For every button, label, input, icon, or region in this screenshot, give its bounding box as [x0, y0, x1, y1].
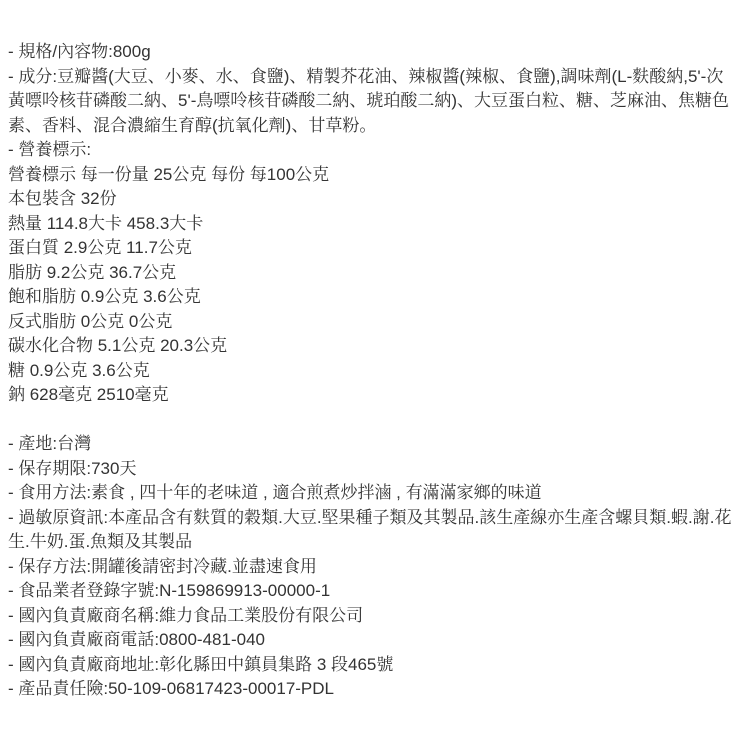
nutrition-row-fat: 脂肪 9.2公克 36.7公克 — [8, 261, 740, 286]
detail-vendor-address: - 國內負責廠商地址:彰化縣田中鎮員集路 3 段465號 — [8, 653, 740, 678]
detail-shelf-life: - 保存期限:730天 — [8, 457, 740, 482]
nutrition-row-trans-fat: 反式脂肪 0公克 0公克 — [8, 310, 740, 335]
nutrition-row-calories: 熱量 114.8大卡 458.3大卡 — [8, 212, 740, 237]
ingredients-line: - 成分:豆瓣醬(大豆、小麥、水、食鹽)、精製芥花油、辣椒醬(辣椒、食鹽),調味… — [8, 65, 740, 139]
nutrition-row-carbohydrate: 碳水化合物 5.1公克 20.3公克 — [8, 334, 740, 359]
nutrition-row-sugar: 糖 0.9公克 3.6公克 — [8, 359, 740, 384]
detail-storage: - 保存方法:開罐後請密封冷藏.並盡速食用 — [8, 555, 740, 580]
detail-vendor-name: - 國內負責廠商名稱:維力食品工業股份有限公司 — [8, 604, 740, 629]
spec-line: - 規格/內容物:800g — [8, 40, 740, 65]
nutrition-row-saturated-fat: 飽和脂肪 0.9公克 3.6公克 — [8, 285, 740, 310]
section-gap — [8, 408, 740, 433]
nutrition-row-serving: 營養標示 每一份量 25公克 每份 每100公克 — [8, 163, 740, 188]
detail-vendor-phone: - 國內負責廠商電話:0800-481-040 — [8, 628, 740, 653]
detail-allergen-info: - 過敏原資訊:本產品含有麩質的穀類.大豆.堅果種子類及其製品.該生產線亦生產含… — [8, 506, 740, 555]
detail-usage: - 食用方法:素食 , 四十年的老味道 , 適合煎煮炒拌滷 , 有滿滿家鄉的味道 — [8, 481, 740, 506]
nutrition-row-servings-per-pack: 本包裝含 32份 — [8, 187, 740, 212]
nutrition-row-protein: 蛋白質 2.9公克 11.7公克 — [8, 236, 740, 261]
detail-origin: - 產地:台灣 — [8, 432, 740, 457]
detail-registration-number: - 食品業者登錄字號:N-159869913-00000-1 — [8, 579, 740, 604]
nutrition-row-sodium: 鈉 628毫克 2510毫克 — [8, 383, 740, 408]
nutrition-heading: - 營養標示: — [8, 138, 740, 163]
product-info-section: - 規格/內容物:800g - 成分:豆瓣醬(大豆、小麥、水、食鹽)、精製芥花油… — [8, 40, 740, 702]
detail-liability-insurance: - 產品責任險:50-109-06817423-00017-PDL — [8, 677, 740, 702]
